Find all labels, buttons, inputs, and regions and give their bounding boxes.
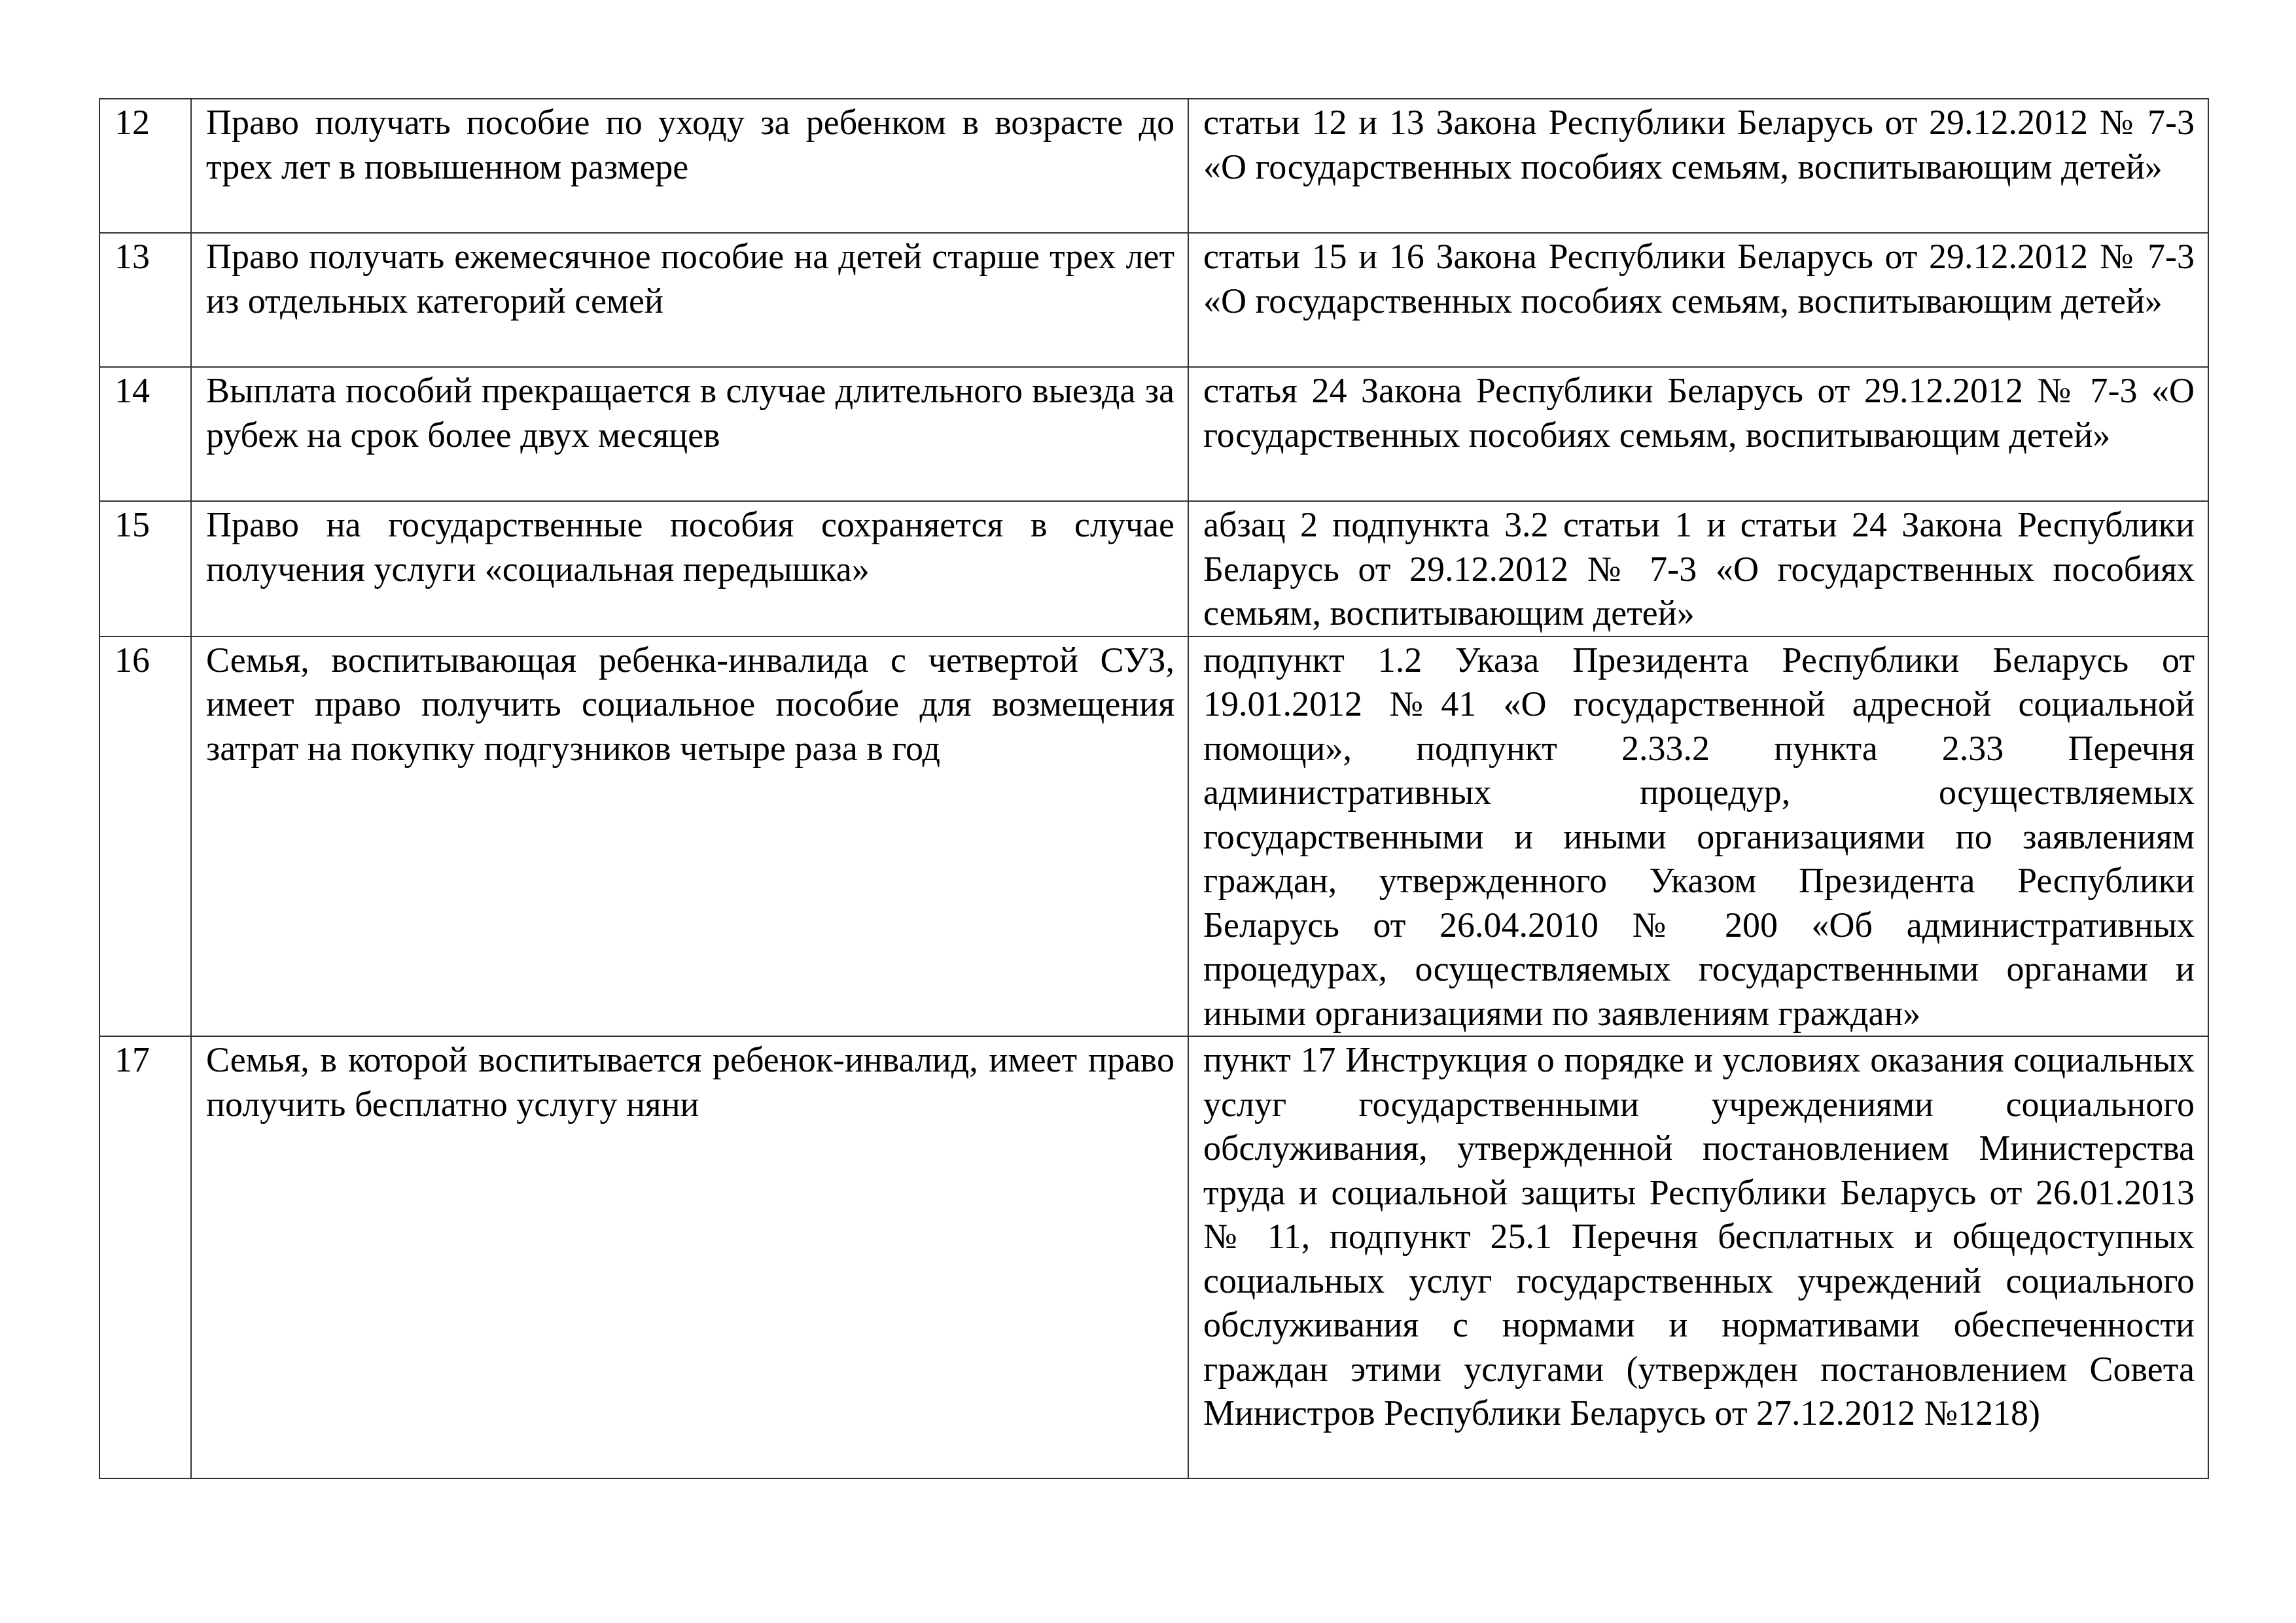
row-number: 15 xyxy=(99,501,191,637)
right-description: Семья, в которой воспитывается ребенок-и… xyxy=(191,1036,1188,1478)
description-text: Право получать ежемесячное пособие на де… xyxy=(206,234,1174,323)
row-number: 17 xyxy=(99,1036,191,1478)
legal-basis-text: статьи 12 и 13 Закона Республики Беларус… xyxy=(1203,99,2195,189)
legal-basis: статьи 12 и 13 Закона Республики Беларус… xyxy=(1188,99,2208,233)
row-number-text: 12 xyxy=(115,99,177,145)
row-number-text: 15 xyxy=(115,502,177,548)
row-number: 14 xyxy=(99,367,191,501)
table-row: 17 Семья, в которой воспитывается ребено… xyxy=(99,1036,2208,1478)
description-text: Семья, воспитывающая ребенка-инвалида с … xyxy=(206,637,1174,771)
right-description: Право получать ежемесячное пособие на де… xyxy=(191,233,1188,367)
row-number: 13 xyxy=(99,233,191,367)
description-text: Выплата пособий прекращается в случае дл… xyxy=(206,368,1174,457)
legal-basis-text: статьи 15 и 16 Закона Республики Беларус… xyxy=(1203,234,2195,323)
document-page: 12 Право получать пособие по уходу за ре… xyxy=(99,98,2209,1479)
description-text: Право на государственные пособия сохраня… xyxy=(206,502,1174,591)
benefits-table: 12 Право получать пособие по уходу за ре… xyxy=(99,98,2209,1479)
legal-basis-text: статья 24 Закона Республики Беларусь от … xyxy=(1203,368,2195,457)
legal-basis: статья 24 Закона Республики Беларусь от … xyxy=(1188,367,2208,501)
table-row: 12 Право получать пособие по уходу за ре… xyxy=(99,99,2208,233)
row-number-text: 13 xyxy=(115,234,177,279)
description-text: Семья, в которой воспитывается ребенок-и… xyxy=(206,1037,1174,1126)
legal-basis: подпункт 1.2 Указа Президента Республики… xyxy=(1188,637,2208,1037)
row-number-text: 16 xyxy=(115,637,177,683)
legal-basis: статьи 15 и 16 Закона Республики Беларус… xyxy=(1188,233,2208,367)
table-row: 16 Семья, воспитывающая ребенка-инвалида… xyxy=(99,637,2208,1037)
row-number: 12 xyxy=(99,99,191,233)
row-number-text: 14 xyxy=(115,368,177,413)
right-description: Право получать пособие по уходу за ребен… xyxy=(191,99,1188,233)
row-number: 16 xyxy=(99,637,191,1037)
table-row: 14 Выплата пособий прекращается в случае… xyxy=(99,367,2208,501)
table-row: 15 Право на государственные пособия сохр… xyxy=(99,501,2208,637)
right-description: Семья, воспитывающая ребенка-инвалида с … xyxy=(191,637,1188,1037)
right-description: Право на государственные пособия сохраня… xyxy=(191,501,1188,637)
description-text: Право получать пособие по уходу за ребен… xyxy=(206,99,1174,189)
right-description: Выплата пособий прекращается в случае дл… xyxy=(191,367,1188,501)
table-row: 13 Право получать ежемесячное пособие на… xyxy=(99,233,2208,367)
legal-basis: пункт 17 Инструкция о порядке и условиях… xyxy=(1188,1036,2208,1478)
legal-basis-text: подпункт 1.2 Указа Президента Республики… xyxy=(1203,637,2195,1036)
legal-basis: абзац 2 подпункта 3.2 статьи 1 и статьи … xyxy=(1188,501,2208,637)
legal-basis-text: абзац 2 подпункта 3.2 статьи 1 и статьи … xyxy=(1203,502,2195,636)
row-number-text: 17 xyxy=(115,1037,177,1083)
legal-basis-text: пункт 17 Инструкция о порядке и условиях… xyxy=(1203,1037,2195,1436)
